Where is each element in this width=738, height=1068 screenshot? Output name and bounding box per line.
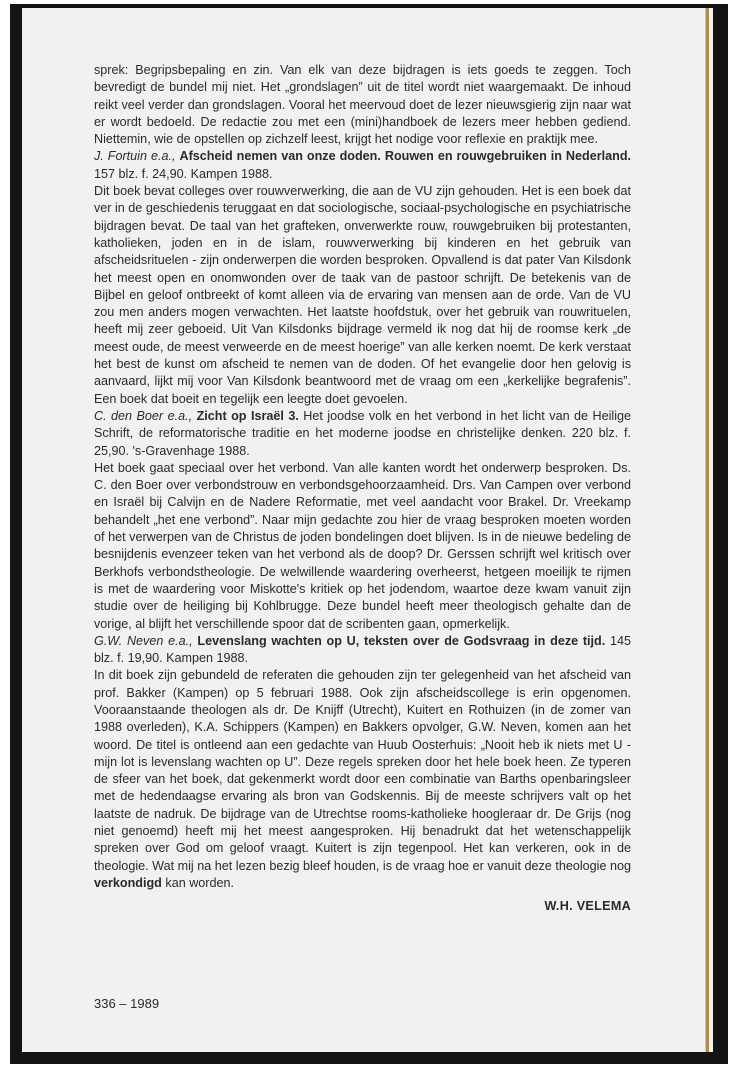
page-number: 336 – 1989 bbox=[94, 996, 159, 1011]
review-title: Levenslang wachten op U, teksten over de… bbox=[197, 634, 605, 648]
review-body-fortuin: Dit boek bevat colleges over rouwverwerk… bbox=[94, 183, 631, 408]
review-author: G.W. Neven e.a., bbox=[94, 634, 193, 648]
review-details: 157 blz. f. 24,90. Kampen 1988. bbox=[94, 167, 273, 181]
review-author: C. den Boer e.a., bbox=[94, 409, 192, 423]
review-body-den-boer: Het boek gaat speciaal over het verbond.… bbox=[94, 460, 631, 633]
reviewer-signature: W.H. VELEMA bbox=[94, 898, 631, 915]
intro-paragraph: sprek: Begripsbepaling en zin. Van elk v… bbox=[94, 62, 631, 148]
review-heading-den-boer: C. den Boer e.a., Zicht op Israël 3. Het… bbox=[94, 408, 631, 460]
page-edge bbox=[709, 8, 713, 1052]
page-text: sprek: Begripsbepaling en zin. Van elk v… bbox=[94, 62, 631, 916]
emphasized-word: verkondigd bbox=[94, 876, 162, 890]
review-body-neven: In dit boek zijn gebundeld de referaten … bbox=[94, 667, 631, 892]
review-heading-neven: G.W. Neven e.a., Levenslang wachten op U… bbox=[94, 633, 631, 668]
review-heading-fortuin: J. Fortuin e.a., Afscheid nemen van onze… bbox=[94, 148, 631, 183]
review-body-text-end: kan worden. bbox=[165, 876, 234, 890]
review-title: Zicht op Israël 3. bbox=[197, 409, 299, 423]
review-body-text: In dit boek zijn gebundeld de referaten … bbox=[94, 668, 631, 872]
review-author: J. Fortuin e.a., bbox=[94, 149, 175, 163]
review-title: Afscheid nemen van onze doden. Rouwen en… bbox=[179, 149, 631, 163]
